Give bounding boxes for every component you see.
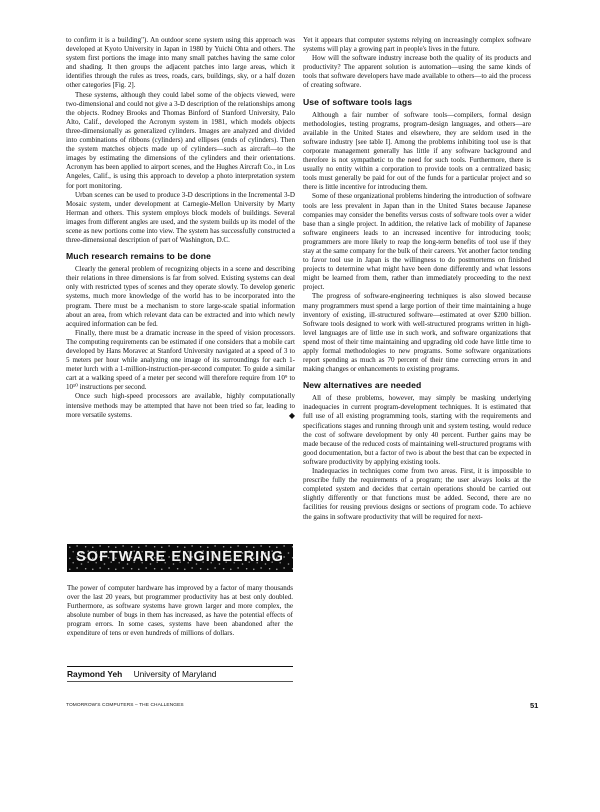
- author-affiliation: University of Maryland: [134, 669, 217, 679]
- section-heading: Use of software tools lags: [303, 97, 531, 107]
- byline: Raymond Yeh University of Maryland: [67, 666, 293, 682]
- running-footer: TOMORROW'S COMPUTERS – THE CHALLENGES: [66, 703, 184, 708]
- article-intro: The power of computer hardware has impro…: [67, 584, 293, 639]
- paragraph-text: Once such high-speed processors are avai…: [66, 392, 295, 418]
- paragraph: Urban scenes can be used to produce 3-D …: [66, 191, 295, 246]
- paragraph: All of these problems, however, may simp…: [303, 394, 531, 467]
- paragraph: to confirm it is a building"). An outdoo…: [66, 36, 295, 91]
- section-heading: Much research remains to be done: [66, 251, 295, 261]
- page-number: 51: [530, 701, 538, 710]
- paragraph: Clearly the general problem of recognizi…: [66, 265, 295, 329]
- section-banner: SOFTWARE ENGINEERING: [67, 544, 293, 572]
- right-column: Yet it appears that computer systems rel…: [303, 36, 531, 522]
- section-heading: New alternatives are needed: [303, 380, 531, 390]
- author-name: Raymond Yeh: [67, 669, 122, 679]
- paragraph: Some of these organizational problems hi…: [303, 192, 531, 292]
- paragraph: How will the software industry increase …: [303, 54, 531, 90]
- banner-title: SOFTWARE ENGINEERING: [67, 549, 293, 565]
- paragraph: These systems, although they could label…: [66, 91, 295, 191]
- paragraph: Although a fair number of software tools…: [303, 111, 531, 193]
- paragraph: Inadequacies in techniques come from two…: [303, 467, 531, 522]
- left-column: to confirm it is a building"). An outdoo…: [66, 36, 295, 420]
- paragraph: The progress of software-engineering tec…: [303, 292, 531, 374]
- paragraph: Finally, there must be a dramatic increa…: [66, 329, 295, 393]
- paragraph: Yet it appears that computer systems rel…: [303, 36, 531, 54]
- end-of-article-diamond-icon: ◆: [280, 411, 295, 420]
- paragraph: Once such high-speed processors are avai…: [66, 392, 295, 419]
- intro-paragraph: The power of computer hardware has impro…: [67, 584, 293, 639]
